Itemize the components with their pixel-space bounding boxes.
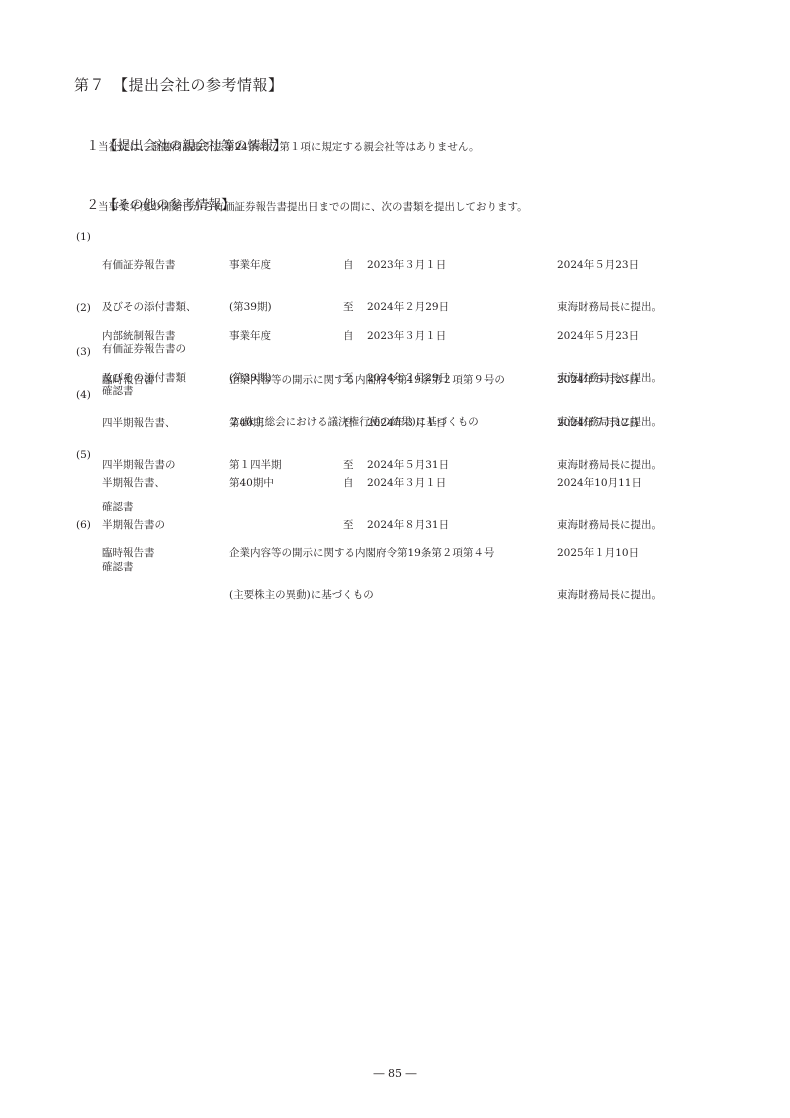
filing-number: (3) bbox=[76, 345, 91, 359]
filing-period: 第40期中 bbox=[229, 448, 274, 518]
section-body-other-info: 当事業年度の開始日から有価証券報告書提出日までの間に、次の書類を提出しております… bbox=[98, 199, 528, 214]
page-title: 第７ 【提出会社の参考情報】 bbox=[74, 74, 284, 95]
filing-submitted: 2025年１月10日 東海財務局長に提出。 bbox=[557, 518, 662, 630]
filing-basis: 企業内容等の開示に関する内閣府令第19条第２項第４号 (主要株主の異動)に基づく… bbox=[229, 518, 494, 630]
filing-document: 臨時報告書 bbox=[102, 518, 155, 588]
filing-number: (6) bbox=[76, 518, 91, 532]
filing-number: (2) bbox=[76, 301, 91, 315]
filing-number: (1) bbox=[76, 230, 91, 244]
page-number: ― 85 ― bbox=[0, 1067, 790, 1080]
section-body-parent-company: 当社には、金融商品取引法第24条の７第１項に規定する親会社等はありません。 bbox=[98, 139, 480, 154]
filing-number: (4) bbox=[76, 388, 91, 402]
filing-number: (5) bbox=[76, 448, 91, 462]
